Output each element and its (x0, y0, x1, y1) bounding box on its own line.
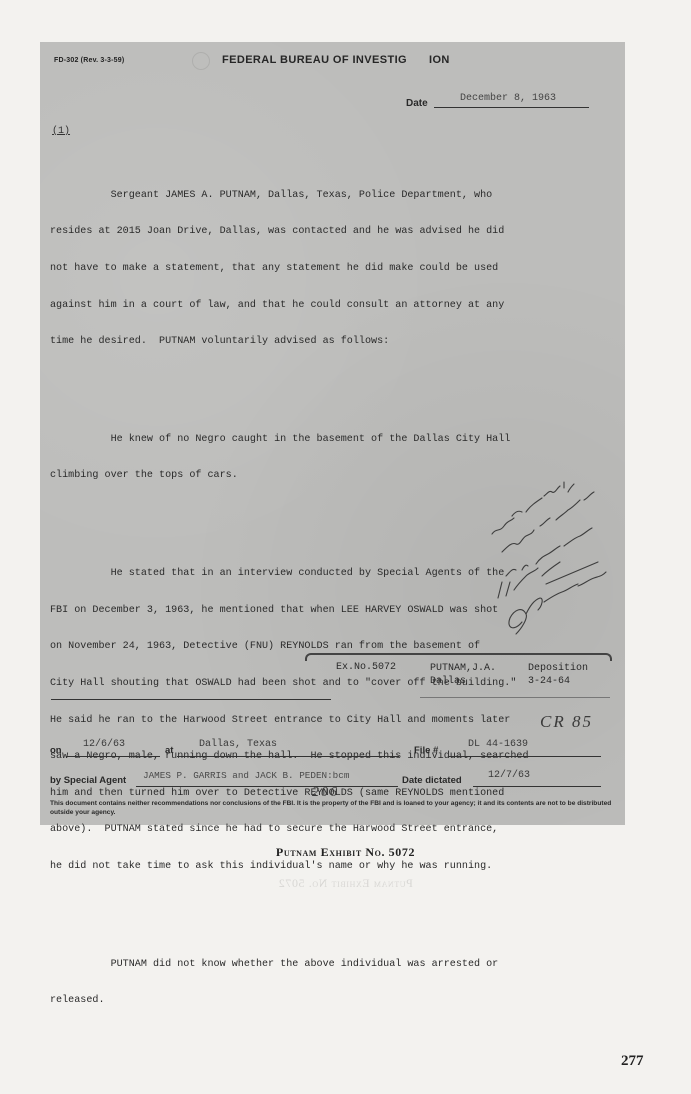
date-value: December 8, 1963 (460, 93, 556, 104)
text-line: he did not take time to ask this individ… (50, 861, 620, 873)
text-line: released. (50, 995, 620, 1007)
dictated-label: Date dictated (402, 775, 462, 786)
text-line: on November 24, 1963, Detective (FNU) RE… (50, 641, 620, 653)
agency-header: FEDERAL BUREAU OF INVESTIGION (222, 54, 450, 66)
page-mark-handwritten: 206 (312, 785, 339, 801)
text-line: He said he ran to the Harwood Street ent… (50, 715, 620, 727)
text-line: resides at 2015 Joan Drive, Dallas, was … (50, 226, 620, 238)
text-line: Sergeant JAMES A. PUTNAM, Dallas, Texas,… (50, 190, 620, 202)
exhibit-deposition: Deposition 3-24-64 (528, 662, 588, 688)
divider-line (420, 697, 610, 698)
seal-icon (192, 52, 210, 70)
text-line: not have to make a statement, that any s… (50, 263, 620, 275)
paragraph-marker: (1) (52, 126, 70, 137)
at-underline (177, 756, 399, 757)
exhibit-deponent-name: PUTNAM,J.A. (430, 662, 496, 675)
agent-label: by Special Agent (50, 775, 126, 786)
exhibit-deponent-city: Dallas (430, 675, 496, 688)
agency-header-left: FEDERAL BUREAU OF INVESTIG (222, 54, 407, 66)
dictated-underline (473, 786, 601, 787)
on-underline (66, 756, 160, 757)
page-number: 277 (621, 1053, 644, 1070)
at-label: at (165, 745, 173, 756)
text-line: time he desired. PUTNAM voluntarily advi… (50, 336, 620, 348)
exhibit-stamp-border (305, 653, 612, 661)
exhibit-deposition-type: Deposition (528, 662, 588, 675)
form-number: FD-302 (Rev. 3-3-59) (54, 57, 124, 64)
interview-location: Dallas, Texas (199, 739, 277, 750)
agent-underline (136, 786, 398, 787)
text-line: PUTNAM did not know whether the above in… (50, 959, 620, 971)
paragraph-advisement: Sergeant JAMES A. PUTNAM, Dallas, Texas,… (50, 165, 620, 372)
agency-header-right: ION (429, 54, 450, 66)
date-underline (434, 107, 589, 108)
file-underline (448, 756, 601, 757)
text-line: saw a Negro, male, running down the hall… (50, 751, 620, 763)
disclaimer: This document contains neither recommend… (50, 800, 620, 817)
text-line: He knew of no Negro caught in the baseme… (50, 434, 620, 446)
exhibit-caption: Putnam Exhibit No. 5072 (0, 845, 691, 860)
text-line: above). PUTNAM stated since he had to se… (50, 824, 620, 836)
on-label: on (50, 745, 62, 756)
paragraph-release: PUTNAM did not know whether the above in… (50, 934, 620, 1032)
file-number: DL 44-1639 (468, 739, 528, 750)
handwritten-signature (482, 472, 632, 642)
exhibit-deponent: PUTNAM,J.A. Dallas (430, 662, 496, 688)
fd-302-document: FD-302 (Rev. 3-3-59) FEDERAL BUREAU OF I… (40, 42, 625, 825)
exhibit-number: Ex.No.5072 (336, 662, 396, 673)
cr-handwritten-mark: CR 85 (540, 712, 593, 732)
special-agents: JAMES P. GARRIS and JACK B. PEDEN:bcm (143, 770, 349, 781)
exhibit-deposition-date: 3-24-64 (528, 675, 588, 688)
interview-date: 12/6/63 (83, 739, 125, 750)
file-label: File # (414, 745, 438, 756)
date-label: Date (406, 98, 428, 109)
bleed-through-caption: Putnam Exhibit No. 5072 (0, 876, 691, 891)
divider-line (51, 699, 331, 700)
date-dictated: 12/7/63 (488, 770, 530, 781)
text-line: against him in a court of law, and that … (50, 300, 620, 312)
